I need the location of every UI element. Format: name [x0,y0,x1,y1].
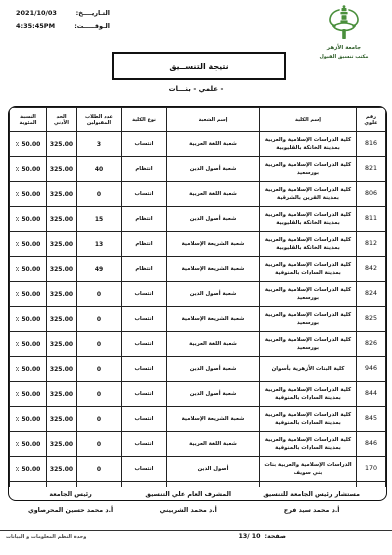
table-row: 826 كلية الدراسات الإسلامية والعربية بور… [10,332,386,357]
signature-title: مستشار رئيس الجامعة للتنسيق [263,491,360,498]
date-label: التـاريــــخ: [76,9,110,17]
cell-section-name: شعبة أصول الدين [167,382,260,407]
cell-minimum-score: 325.00 [47,207,77,232]
cell-enrollment-type: انتساب [122,332,167,357]
cell-percentage: ٪ 50.00 [10,307,47,332]
page-label: صفحة: [265,533,287,540]
tansiq-result-page: { "meta": { "date_label": "التـاريــــخ:… [0,0,392,555]
table-row: 811 كلية الدراسات الإسلامية والعربية بمد… [10,207,386,232]
cell-accepted-students: 13 [77,232,122,257]
time-row: الـوقـــــت: 4:35:45PM [16,22,110,30]
cell-accepted-students: 0 [77,182,122,207]
cell-percentage: ٪ 50.00 [10,432,47,457]
cell-enrollment-type: انتساب [122,307,167,332]
cell-college-name: كلية الدراسات الإسلامية والعربية بمدينة … [260,257,357,282]
university-brand: جامعة الأزهر مكتب تنسيق القبول [308,4,380,60]
cell-percentage: ٪ 50.00 [10,157,47,182]
page-number: صفحة: 13/ 10 [238,533,286,540]
cell-minimum-score: 325.00 [47,307,77,332]
table-row: 806 كلية الدراسات الإسلامية والعربية بمد… [10,182,386,207]
datetime-block: التـاريــــخ: 2021/10/03 الـوقـــــت: 4:… [16,9,110,35]
table-row: 824 كلية الدراسات الإسلامية والعربية بور… [10,282,386,307]
cell-section-name: شعبة اللغة العربية [167,332,260,357]
col-header-section: إسم الشعبة [167,108,260,132]
cell-minimum-score: 325.00 [47,232,77,257]
cell-college-code: 846 [357,432,386,457]
cell-college-name: الدراسات الإسلامية والعربية بنات بني سوي… [260,457,357,482]
cell-section-name: شعبة أصول الدين [167,207,260,232]
cell-college-code: 824 [357,282,386,307]
cell-percentage: ٪ 50.00 [10,382,47,407]
cell-section-name: شعبة اللغة العربية [167,182,260,207]
cell-accepted-students: 0 [77,332,122,357]
table-row: 846 كلية الدراسات الإسلامية والعربية بمد… [10,432,386,457]
cell-section-name: شعبة الشريعة الإسلامية [167,232,260,257]
cell-college-code: 812 [357,232,386,257]
cell-college-code: 821 [357,157,386,182]
cell-college-code: 816 [357,132,386,157]
cell-percentage: ٪ 50.00 [10,357,47,382]
results-table: رقم علوي إسم الكلية إسم الشعبة نوع الكلي… [9,107,386,500]
cell-minimum-score: 325.00 [47,157,77,182]
signature-name: أ.د محمد الشربيني [145,507,231,514]
cell-college-name: كلية الدراسات الإسلامية والعربية بورسعيد [260,157,357,182]
table-row: 844 كلية الدراسات الإسلامية والعربية بمد… [10,382,386,407]
cell-college-name: كلية الدراسات الإسلامية والعربية بمدينة … [260,132,357,157]
col-header-type: نوع الكلية [122,108,167,132]
cell-college-name: كلية الدراسات الإسلامية والعربية بمدينة … [260,182,357,207]
cell-accepted-students: 0 [77,432,122,457]
cell-percentage: ٪ 50.00 [10,207,47,232]
report-title-box: نتيجة التنســيق [112,52,286,80]
table-row: 812 كلية الدراسات الإسلامية والعربية بمد… [10,232,386,257]
col-header-minimum: الحد الأدني [47,108,77,132]
cell-minimum-score: 325.00 [47,132,77,157]
cell-enrollment-type: انتظام [122,157,167,182]
cell-college-code: 806 [357,182,386,207]
cell-percentage: ٪ 50.00 [10,182,47,207]
cell-enrollment-type: انتظام [122,207,167,232]
cell-college-name: كلية الدراسات الإسلامية والعربية بورسعيد [260,332,357,357]
cell-minimum-score: 325.00 [47,332,77,357]
cell-accepted-students: 3 [77,132,122,157]
table-header-row: رقم علوي إسم الكلية إسم الشعبة نوع الكلي… [10,108,386,132]
cell-minimum-score: 325.00 [47,407,77,432]
cell-section-name: شعبة الشريعة الإسلامية [167,257,260,282]
page-value: 13/ 10 [238,533,260,540]
table-row: 842 كلية الدراسات الإسلامية والعربية بمد… [10,257,386,282]
date-row: التـاريــــخ: 2021/10/03 [16,9,110,17]
cell-college-code: 170 [357,457,386,482]
cell-percentage: ٪ 50.00 [10,232,47,257]
cell-section-name: شعبة اللغة العربية [167,432,260,457]
results-table-frame: رقم علوي إسم الكلية إسم الشعبة نوع الكلي… [8,106,387,501]
cell-college-code: 844 [357,382,386,407]
table-row: 170 الدراسات الإسلامية والعربية بنات بني… [10,457,386,482]
signature-president: رئيس الجامعة أ.د محمد حسين المحرصاوي [28,491,113,514]
cell-enrollment-type: انتساب [122,407,167,432]
cell-enrollment-type: انتظام [122,232,167,257]
table-body: 816 كلية الدراسات الإسلامية والعربية بمد… [10,132,386,482]
cell-percentage: ٪ 50.00 [10,457,47,482]
time-value: 4:35:45PM [16,22,55,30]
report-title: نتيجة التنســيق [169,62,228,71]
cell-minimum-score: 325.00 [47,182,77,207]
cell-enrollment-type: انتساب [122,457,167,482]
cell-college-name: كلية الدراسات الإسلامية والعربية بورسعيد [260,307,357,332]
cell-college-code: 811 [357,207,386,232]
table-row: 825 كلية الدراسات الإسلامية والعربية بور… [10,307,386,332]
cell-section-name: شعبة الشريعة الإسلامية [167,407,260,432]
cell-enrollment-type: انتساب [122,182,167,207]
cell-enrollment-type: انتساب [122,357,167,382]
cell-minimum-score: 325.00 [47,282,77,307]
signature-advisor: مستشار رئيس الجامعة للتنسيق أ.د محمد سيد… [263,491,360,514]
cell-college-name: كلية الدراسات الإسلامية والعربية بمدينة … [260,207,357,232]
cell-section-name: شعبة الشريعة الإسلامية [167,307,260,332]
col-header-percentage: النسبة المئوية [10,108,47,132]
cell-college-name: كلية الدراسات الإسلامية والعربية بورسعيد [260,282,357,307]
university-name: جامعة الأزهر [308,45,380,51]
cell-minimum-score: 325.00 [47,382,77,407]
cell-enrollment-type: انتساب [122,132,167,157]
signature-title: المشرف العام علي التنسيق [145,491,231,498]
table-row: 821 كلية الدراسات الإسلامية والعربية بور… [10,157,386,182]
col-header-college: إسم الكلية [260,108,357,132]
cell-section-name: شعبة أصول الدين [167,357,260,382]
signature-name: أ.د محمد سيد فرج [263,507,360,514]
al-azhar-emblem-icon [308,4,380,42]
cell-percentage: ٪ 50.00 [10,332,47,357]
cell-accepted-students: 0 [77,407,122,432]
cell-college-name: كلية الدراسات الإسلامية والعربية بمدينة … [260,382,357,407]
cell-percentage: ٪ 50.00 [10,282,47,307]
cell-percentage: ٪ 50.00 [10,257,47,282]
cell-section-name: أصول الدين [167,457,260,482]
cell-percentage: ٪ 50.00 [10,407,47,432]
admission-office-name: مكتب تنسيق القبول [308,54,380,60]
cell-accepted-students: 0 [77,307,122,332]
issuing-unit: وحدة النظم المعلومات و البيانات [6,534,86,540]
table-row: 946 كلية البنات الأزهرية بأسوان شعبة أصو… [10,357,386,382]
cell-college-code: 946 [357,357,386,382]
time-label: الـوقـــــت: [74,22,110,30]
cell-college-code: 845 [357,407,386,432]
cell-college-name: كلية البنات الأزهرية بأسوان [260,357,357,382]
signature-name: أ.د محمد حسين المحرصاوي [28,507,113,514]
cell-percentage: ٪ 50.00 [10,132,47,157]
cell-college-code: 825 [357,307,386,332]
col-header-students: عدد الطلاب المقبولين [77,108,122,132]
cell-section-name: شعبة أصول الدين [167,157,260,182]
col-header-code: رقم علوي [357,108,386,132]
cell-minimum-score: 325.00 [47,457,77,482]
cell-college-name: كلية الدراسات الإسلامية والعربية بمدينة … [260,232,357,257]
cell-accepted-students: 0 [77,282,122,307]
page-footer: وحدة النظم المعلومات و البيانات صفحة: 13… [0,533,392,547]
cell-minimum-score: 325.00 [47,257,77,282]
cell-enrollment-type: انتساب [122,382,167,407]
signature-title: رئيس الجامعة [28,491,113,498]
cell-college-name: كلية الدراسات الإسلامية والعربية بمدينة … [260,432,357,457]
cell-minimum-score: 325.00 [47,432,77,457]
cell-section-name: شعبة اللغة العربية [167,132,260,157]
cell-enrollment-type: انتساب [122,432,167,457]
cell-accepted-students: 49 [77,257,122,282]
cell-accepted-students: 0 [77,457,122,482]
signatures-block: مستشار رئيس الجامعة للتنسيق أ.د محمد سيد… [0,491,392,514]
cell-minimum-score: 325.00 [47,357,77,382]
date-value: 2021/10/03 [16,9,57,17]
signature-supervisor: المشرف العام علي التنسيق أ.د محمد الشربي… [145,491,231,514]
report-subtitle: - علمي - بنـــات [0,85,392,93]
cell-accepted-students: 15 [77,207,122,232]
cell-enrollment-type: انتساب [122,282,167,307]
cell-section-name: شعبة أصول الدين [167,282,260,307]
cell-accepted-students: 0 [77,382,122,407]
table-row: 816 كلية الدراسات الإسلامية والعربية بمد… [10,132,386,157]
cell-accepted-students: 0 [77,357,122,382]
cell-college-code: 826 [357,332,386,357]
cell-college-code: 842 [357,257,386,282]
cell-college-name: كلية الدراسات الإسلامية والعربية بمدينة … [260,407,357,432]
table-row: 845 كلية الدراسات الإسلامية والعربية بمد… [10,407,386,432]
footer-divider [0,530,392,531]
cell-accepted-students: 40 [77,157,122,182]
cell-enrollment-type: انتظام [122,257,167,282]
